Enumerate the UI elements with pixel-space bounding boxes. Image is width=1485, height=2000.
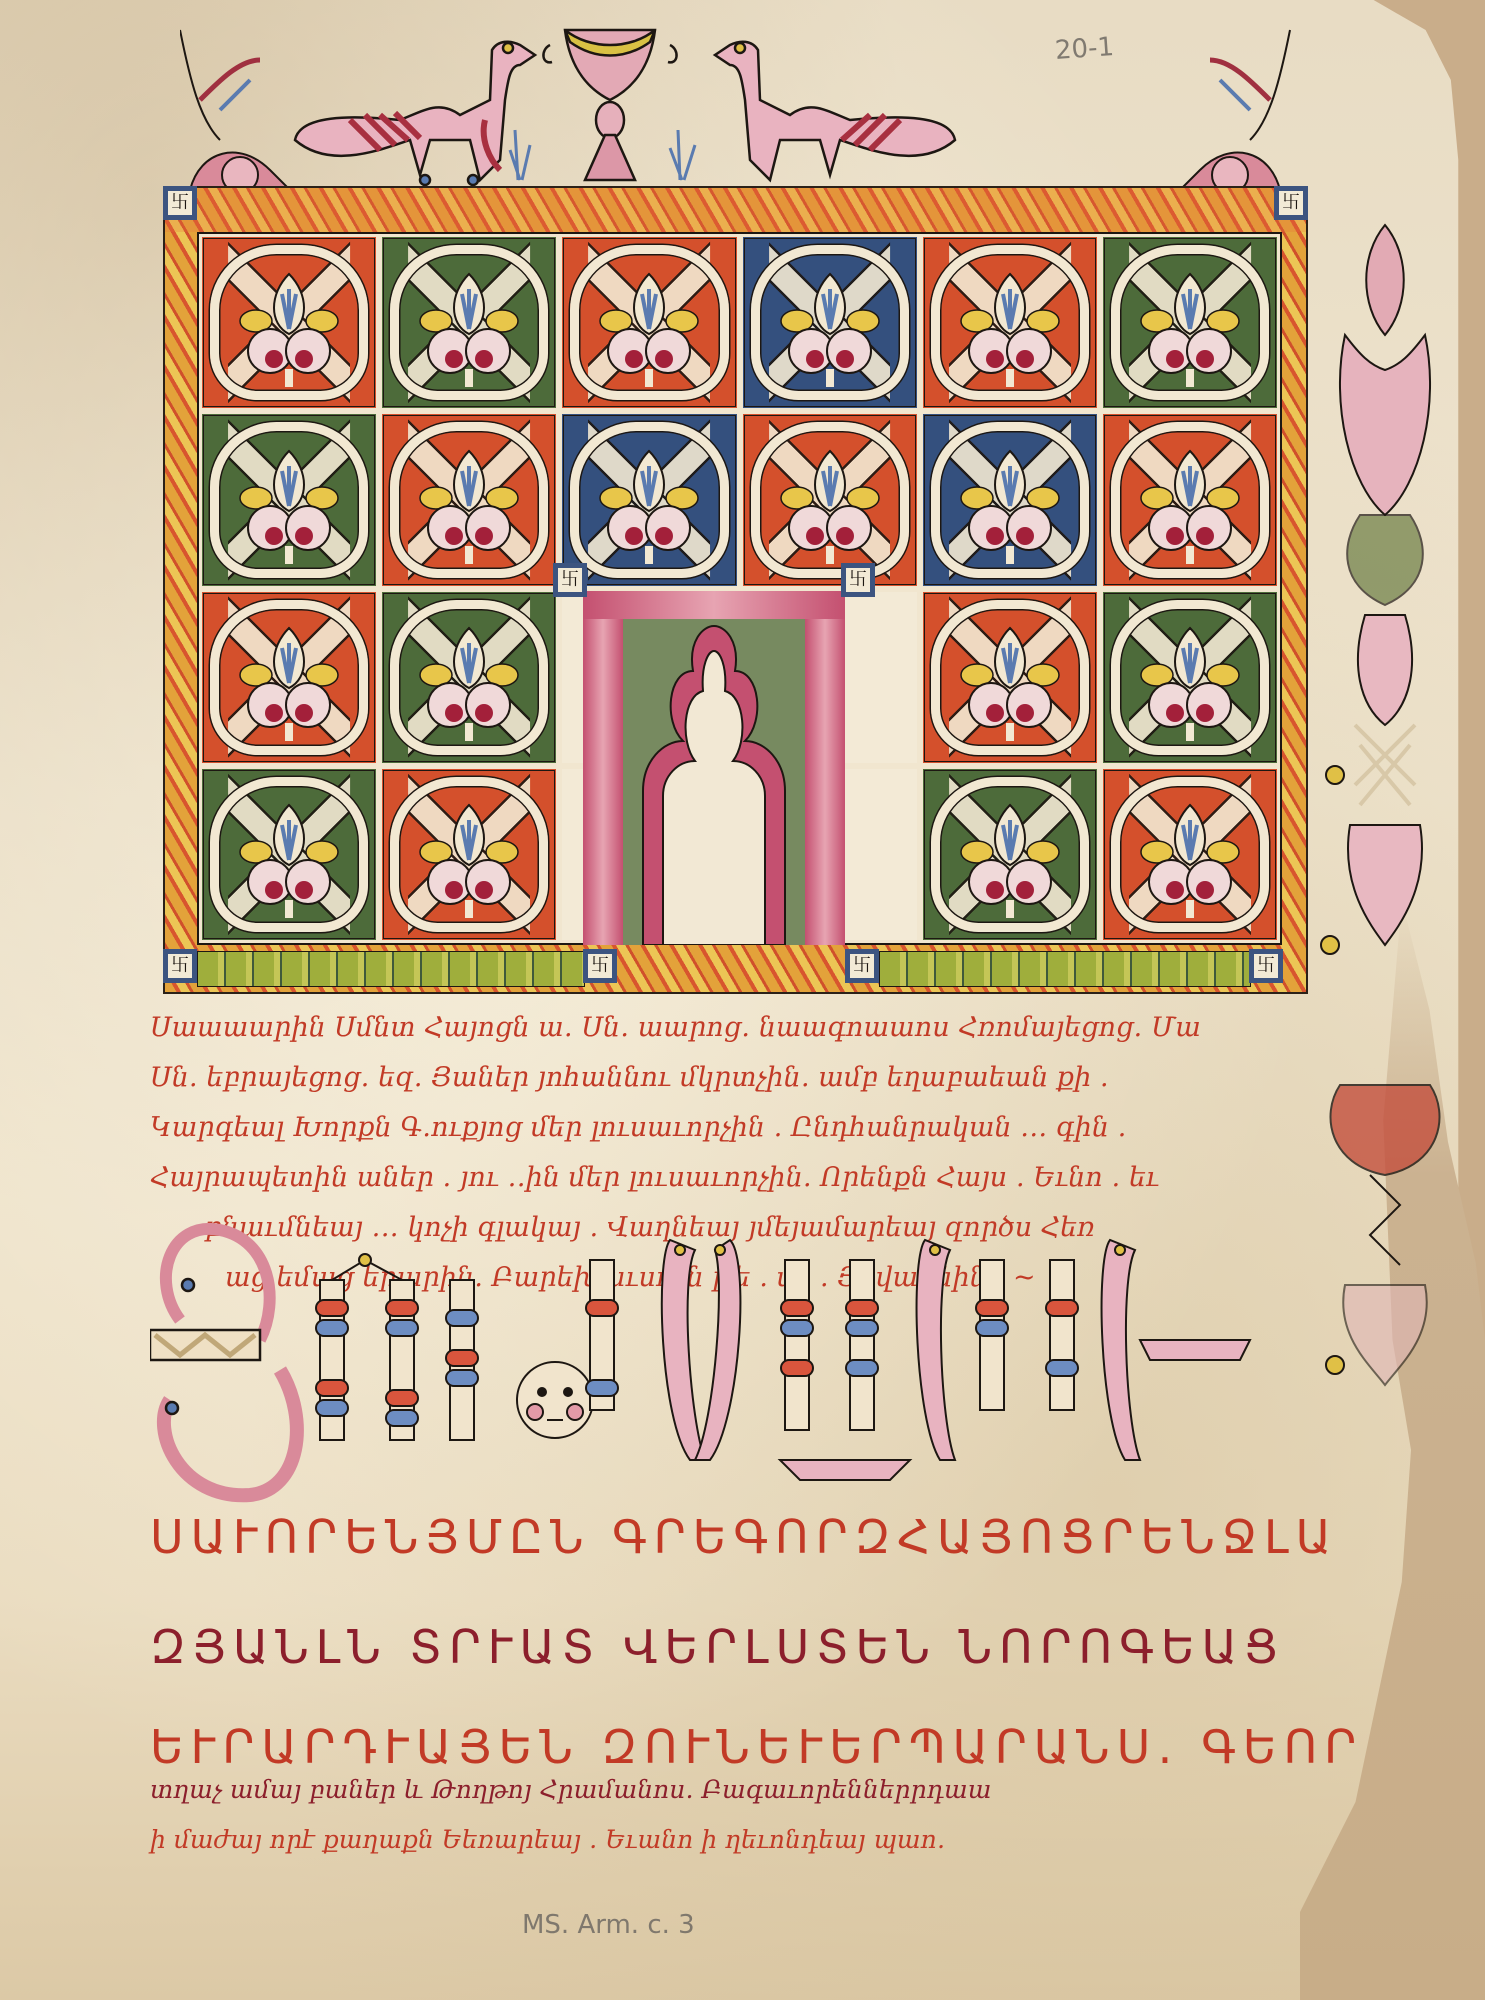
bird-left-icon [295, 42, 535, 185]
text-line: Սն․ եբրայեցոց․ եզ․ Յաներ յոհաննու մկրտչի… [150, 1062, 1109, 1093]
marginal-ornament [1300, 185, 1470, 1505]
fleur-de-lis-icon [955, 623, 1065, 743]
fleur-de-lis-icon [414, 800, 524, 920]
grid-cell [379, 411, 559, 588]
fleur-de-lis-icon [594, 269, 704, 389]
face-icon [517, 1362, 593, 1438]
grid-cell [559, 411, 739, 588]
bird-letter-icon [1102, 1240, 1250, 1460]
text-line: Սաաաարին Սմնտ Հայոցն ա․ Սն․ աարոց․ նաագո… [150, 1012, 1201, 1043]
beaded-letter-icon [316, 1240, 1250, 1480]
grid-cell [1100, 411, 1280, 588]
text-line: ի մաժայ որէ քաղաքն Եեռարեայ ․ Եւանո ի ղե… [150, 1825, 945, 1854]
capital-line: ԶՅԱՆԼՆ ՏՐՒԱՏ ՎԵՐԼՍՏԵՆ ՆՈՐՈԳԵԱՑ [150, 1620, 1285, 1674]
fleur-de-lis-icon [414, 446, 524, 566]
grid-cell [199, 589, 379, 766]
corner-knot-icon: 卐 [841, 563, 875, 597]
trefoil-arch-icon [583, 591, 845, 945]
fleur-de-lis-icon [1135, 269, 1245, 389]
grid-cell [379, 589, 559, 766]
fleur-de-lis-icon [775, 269, 885, 389]
fleur-de-lis-icon [955, 269, 1065, 389]
fleur-de-lis-icon [234, 446, 344, 566]
arch-niche: 卐 卐 [583, 591, 845, 945]
zoomorphic-title [150, 1220, 1300, 1520]
fleur-de-lis-icon [594, 446, 704, 566]
fleur-de-lis-icon [955, 800, 1065, 920]
meander-left [197, 951, 585, 987]
grid-cell [920, 589, 1100, 766]
grid-cell [1100, 234, 1280, 411]
grid-cell [379, 766, 559, 943]
fleur-de-lis-icon [414, 623, 524, 743]
corner-knot-icon: 卐 [163, 186, 197, 220]
grid-cell [199, 766, 379, 943]
fleur-de-lis-icon [1135, 623, 1245, 743]
text-line: Հայրապետին աներ ․ յու ․․ին մեր լուսաւորչ… [150, 1162, 1159, 1193]
headpiece-frame: 卐 卐 [163, 186, 1308, 994]
corner-knot-icon: 卐 [583, 949, 617, 983]
grid-cell [740, 234, 920, 411]
text-line: տղաչ ամայ բաներ և Թողթոյ Հրամանոս․ Բագաւ… [150, 1775, 991, 1804]
fleur-de-lis-icon [1135, 446, 1245, 566]
corner-knot-icon: 卐 [163, 949, 197, 983]
capital-line: ԵՒՐԱՐԴՒԱՅԵՆ ԶՈՒՆԵՒԵՐՊԱՐԱՆՍ․ ԳԵՈՐ [150, 1720, 1363, 1774]
grid-cell [740, 411, 920, 588]
grid-cell [1100, 589, 1280, 766]
chalice-icon [543, 30, 676, 180]
grid-cell [1100, 766, 1280, 943]
grid-cell [920, 766, 1100, 943]
frame-top-band [165, 188, 1306, 232]
fleur-de-lis-icon [1135, 800, 1245, 920]
grid-cell [199, 411, 379, 588]
meander-band: 卐 卐 卐 卐 [197, 945, 1282, 989]
palmette-right-icon [1180, 30, 1290, 190]
fleur-de-lis-icon [955, 446, 1065, 566]
fleur-de-lis-icon [775, 446, 885, 566]
grid-cell [920, 234, 1100, 411]
text-line: Կարգեալ Խորքն Գ․ուքյոց մեր լուսաւորչին ․… [150, 1112, 1127, 1143]
shelfmark: MS. Arm. c. 3 [522, 1910, 695, 1940]
fleur-de-lis-icon [234, 800, 344, 920]
palmette-left-icon [180, 30, 290, 190]
fleur-de-lis-icon [234, 623, 344, 743]
grid-cell [199, 234, 379, 411]
bird-letter-icon [917, 1240, 955, 1460]
corner-knot-icon: 卐 [1249, 949, 1283, 983]
grid-cell [379, 234, 559, 411]
corner-knot-icon: 卐 [553, 563, 587, 597]
fleur-de-lis-icon [414, 269, 524, 389]
bird-initial-icon [150, 1229, 297, 1495]
corner-knot-icon: 卐 [845, 949, 879, 983]
meander-right [879, 951, 1251, 987]
bird-right-icon [715, 42, 955, 180]
capital-line: ՍԱՒՈՐԵՆՅՄԸՆ ԳՐԵԳՈՐԶՀԱՅՈՑՐԵՆՋԼԱ [150, 1510, 1338, 1564]
top-ornament [180, 20, 1300, 190]
grid-cell [559, 234, 739, 411]
fleur-de-lis-icon [234, 269, 344, 389]
grid-cell [920, 411, 1100, 588]
bird-letter-icon [662, 1240, 741, 1460]
